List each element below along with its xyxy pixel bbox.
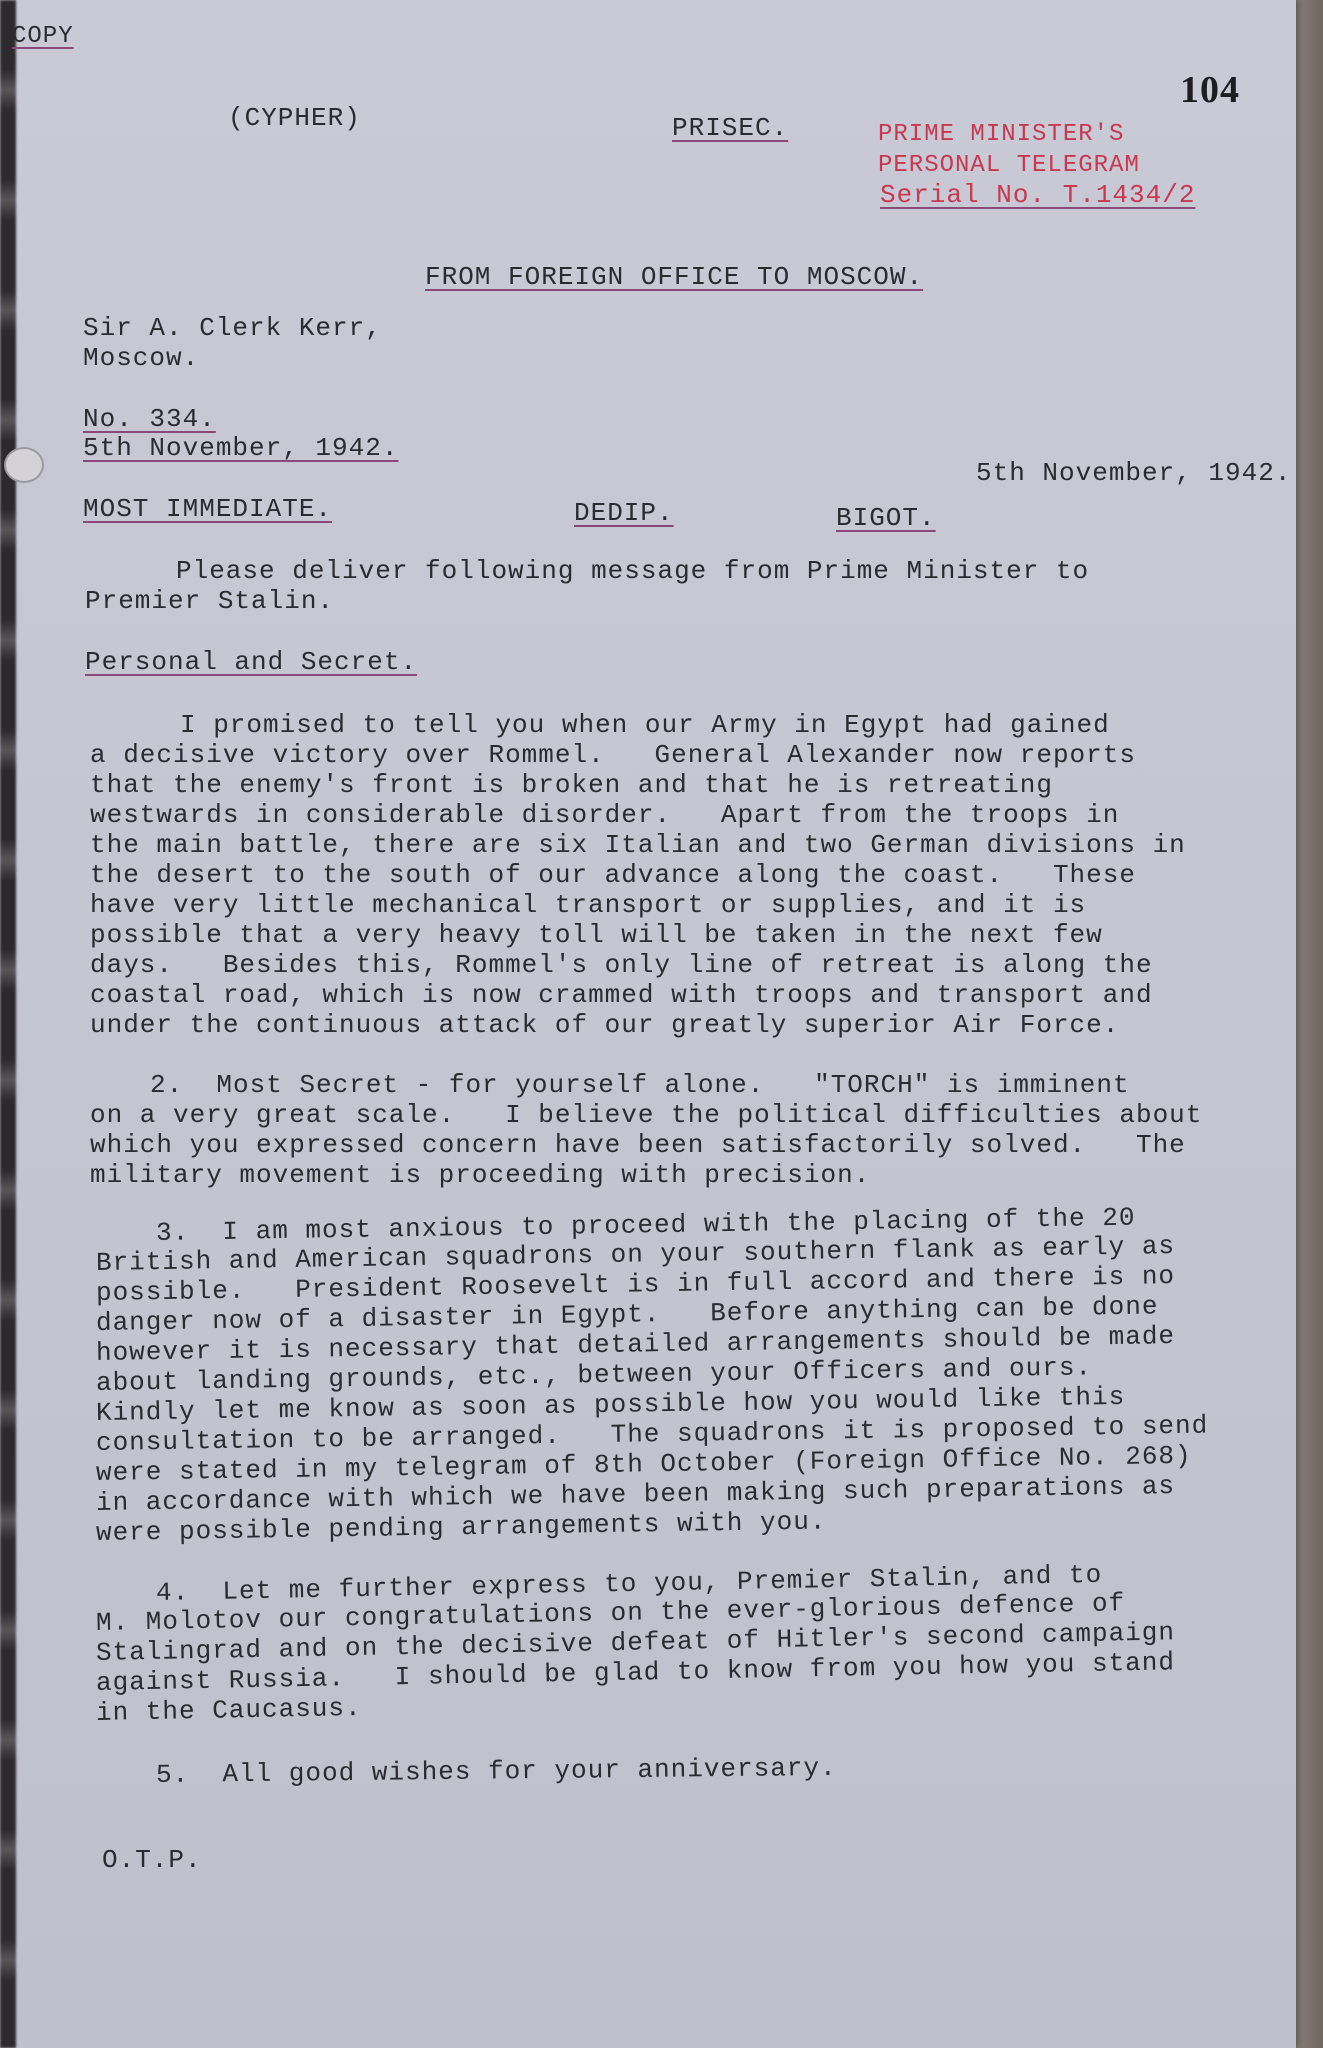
paragraph-1-line: days. Besides this, Rommel's only line o… [90,950,1153,980]
paragraph-2-line: military movement is proceeding with pre… [90,1160,870,1190]
document-page: COPY (CYPHER) PRISEC. 104 PRIME MINISTER… [0,0,1296,2048]
intro-line-1: Please deliver following message from Pr… [176,556,1089,586]
priority-label: MOST IMMEDIATE. [83,494,332,524]
classification-label: Personal and Secret. [85,647,417,677]
cypher-label: (CYPHER) [228,103,361,133]
paragraph-1-line: I promised to tell you when our Army in … [180,710,1110,740]
intro-line-2: Premier Stalin. [85,586,334,616]
stamp-line-2: PERSONAL TELEGRAM [878,151,1140,181]
paragraph-1-line: have very little mechanical transport or… [90,890,1086,920]
paragraph-5-line: 5. All good wishes for your anniversary. [156,1753,837,1790]
routing-heading: FROM FOREIGN OFFICE TO MOSCOW. [425,262,923,292]
paragraph-1-line: possible that a very heavy toll will be … [90,920,1103,950]
telegram-number: No. 334. [83,404,216,434]
paragraph-1-line: that the enemy's front is broken and tha… [90,770,1053,800]
addressee-name: Sir A. Clerk Kerr, [83,313,382,343]
paragraph-1-line: coastal road, which is now crammed with … [90,980,1153,1010]
closing-otp: O.T.P. [102,1845,202,1875]
paragraph-2-line: which you expressed concern have been sa… [90,1130,1186,1160]
date-right: 5th November, 1942. [976,458,1291,488]
stamp-serial: Serial No. T.1434/2 [880,180,1195,210]
date-left: 5th November, 1942. [83,433,398,463]
paragraph-2-line: on a very great scale. I believe the pol… [90,1100,1202,1130]
paragraph-1-line: under the continuous attack of our great… [90,1010,1119,1040]
dedip-label: DEDIP. [574,498,674,528]
paragraph-1-line: a decisive victory over Rommel. General … [90,740,1136,770]
copy-mark: COPY [12,22,74,52]
stamp-line-1: PRIME MINISTER'S [878,120,1124,150]
punch-hole [4,447,44,483]
paragraph-2-line: 2. Most Secret - for yourself alone. "TO… [150,1070,1130,1100]
prisec-label: PRISEC. [672,113,788,143]
addressee-city: Moscow. [83,343,199,373]
paragraph-4-line: in the Caucasus. [96,1693,362,1728]
paragraph-1-line: the desert to the south of our advance a… [90,860,1136,890]
binding-edge [0,0,16,2048]
paragraph-1-line: the main battle, there are six Italian a… [90,830,1186,860]
folio-number: 104 [1180,75,1240,105]
paragraph-1-line: westwards in considerable disorder. Apar… [90,800,1119,830]
bigot-label: BIGOT. [836,503,936,533]
